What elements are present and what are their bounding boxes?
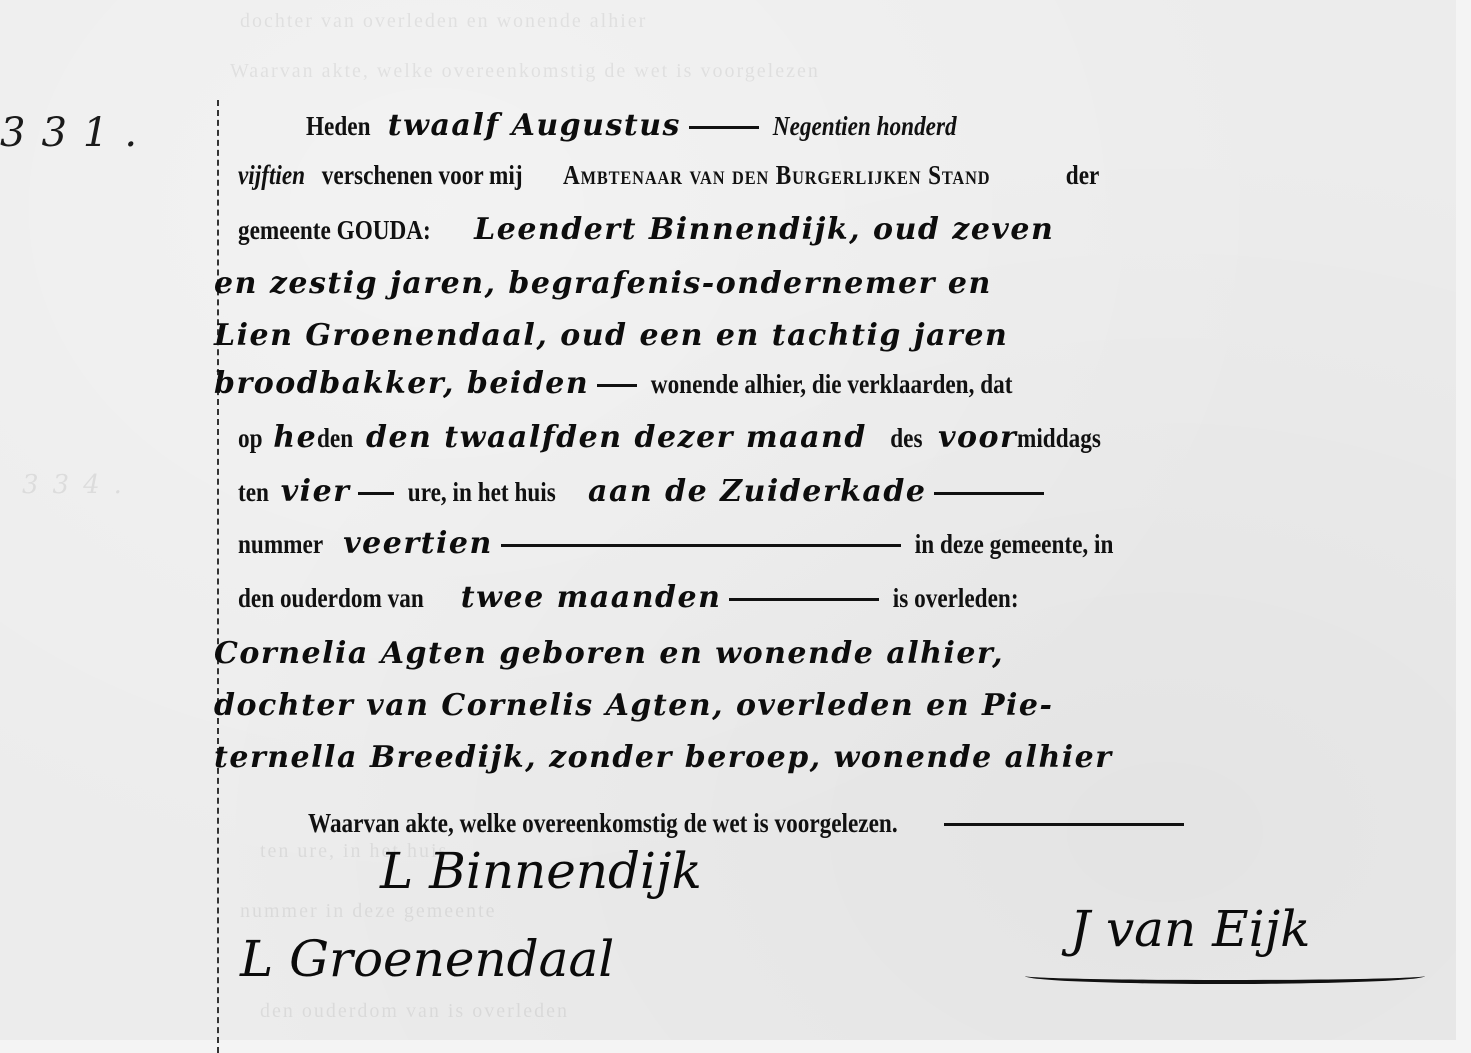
handwritten-entry: veertien xyxy=(343,526,493,561)
printed-text: der xyxy=(1060,160,1099,191)
printed-text: op xyxy=(238,423,268,454)
certificate-line: Cornelia Agten geboren en wonende alhier… xyxy=(214,636,1004,671)
certificate-line: nummer veertien in deze gemeente, in xyxy=(238,526,1147,561)
blank-line xyxy=(934,492,1044,495)
printed-text: ure, in het huis xyxy=(402,477,562,508)
blank-line xyxy=(944,823,1184,826)
handwritten-entry: vier xyxy=(281,474,351,509)
printed-text: des xyxy=(867,423,928,454)
bleed-through-text: den ouderdom van is overleden xyxy=(260,1000,569,1023)
ghost-entry-number: 334. xyxy=(22,470,136,500)
handwritten-entry: twee maanden xyxy=(461,580,722,615)
blank-line xyxy=(358,492,394,495)
printed-text: Heden xyxy=(306,111,376,142)
margin-rule xyxy=(217,100,219,1053)
printed-text: vijftien xyxy=(238,160,305,191)
printed-text: nummer xyxy=(238,529,329,560)
handwritten-entry: Cornelia Agten geboren en wonende alhier… xyxy=(214,636,1004,671)
handwritten-entry: he xyxy=(273,420,317,455)
blank-line xyxy=(501,544,901,547)
printed-title: Ambtenaar van den Burgerlijken Stand xyxy=(563,160,990,191)
handwritten-entry: den twaalfden dezer maand xyxy=(366,420,867,455)
signature-declarant-2: L Groenendaal xyxy=(240,930,614,988)
blank-line xyxy=(729,598,879,601)
certificate-line: dochter van Cornelis Agten, overleden en… xyxy=(214,688,1053,723)
printed-text: is overleden: xyxy=(887,583,1019,614)
blank-line xyxy=(597,384,637,387)
handwritten-entry: Lien Groenendaal, oud een en tachtig jar… xyxy=(214,318,1008,353)
printed-text: den xyxy=(317,423,359,454)
handwritten-entry: aan de Zuiderkade xyxy=(588,474,926,509)
handwritten-entry: Leendert Binnendijk, oud zeven xyxy=(462,212,1054,247)
printed-text: middags xyxy=(1017,423,1101,454)
certificate-line: vijftien verschenen voor mij Ambtenaar v… xyxy=(238,160,1106,191)
handwritten-entry: ternella Breedijk, zonder beroep, wonend… xyxy=(214,740,1113,775)
printed-text: gemeente GOUDA: xyxy=(238,215,431,246)
printed-text: in deze gemeente, in xyxy=(909,529,1113,560)
entry-number: 331. xyxy=(0,110,153,156)
handwritten-entry: broodbakker, beiden xyxy=(214,366,589,401)
bleed-through-text: Waarvan akte, welke overeenkomstig de we… xyxy=(230,60,820,83)
certificate-line: en zestig jaren, begrafenis-ondernemer e… xyxy=(214,266,992,301)
certificate-line: broodbakker, beiden wonende alhier, die … xyxy=(214,366,1072,401)
signature-registrar: J van Eijk xyxy=(1070,900,1310,958)
handwritten-entry: en zestig jaren, begrafenis-ondernemer e… xyxy=(214,266,992,301)
printed-text: Negentien honderd xyxy=(767,111,957,142)
printed-text: den ouderdom van xyxy=(238,583,430,614)
signature-declarant-1: L Binnendijk xyxy=(380,842,702,900)
certificate-line: den ouderdom van twee maanden is overled… xyxy=(238,580,1040,615)
scanned-page: dochter van overleden en wonende alhier … xyxy=(0,0,1456,1040)
handwritten-entry: voor xyxy=(938,420,1017,455)
certificate-line: op heden den twaalfden dezer maand des v… xyxy=(238,420,1115,455)
certificate-line: Lien Groenendaal, oud een en tachtig jar… xyxy=(214,318,1008,353)
printed-text: verschenen voor mij xyxy=(316,160,528,191)
certificate-line: Heden twaalf Augustus Negentien honderd xyxy=(306,108,987,143)
certificate-line: gemeente GOUDA: Leendert Binnendijk, oud… xyxy=(238,212,1054,247)
registrar-signature-flourish xyxy=(1025,968,1425,984)
certificate-line: ternella Breedijk, zonder beroep, wonend… xyxy=(214,740,1113,775)
handwritten-entry: twaalf Augustus xyxy=(388,108,681,143)
bleed-through-text: dochter van overleden en wonende alhier xyxy=(240,10,647,33)
closing-text: Waarvan akte, welke overeenkomstig de we… xyxy=(308,808,898,839)
certificate-line: ten vier ure, in het huis aan de Zuiderk… xyxy=(238,474,1052,509)
blank-line xyxy=(689,126,759,129)
printed-text: wonende alhier, die verklaarden, dat xyxy=(645,369,1012,400)
closing-statement: Waarvan akte, welke overeenkomstig de we… xyxy=(308,808,1184,839)
printed-text: ten xyxy=(238,477,275,508)
bleed-through-text: nummer in deze gemeente xyxy=(240,900,496,923)
handwritten-entry: dochter van Cornelis Agten, overleden en… xyxy=(214,688,1053,723)
